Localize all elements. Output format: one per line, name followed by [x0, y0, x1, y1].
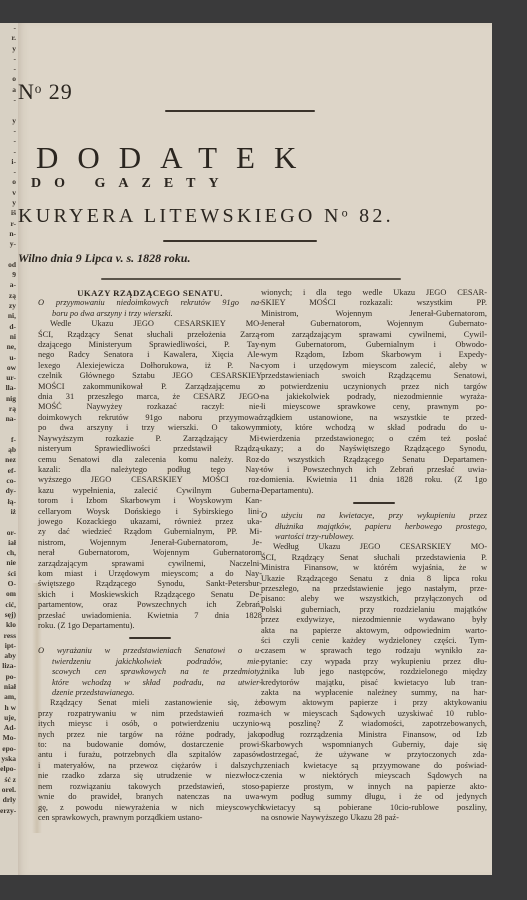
column-2: wionych; i dla tego wedle Ukazu JEGO CES… [261, 288, 487, 823]
text-line: wym podług summy długu, i że od jedynych [261, 792, 487, 802]
text-line: które wchodzą w skład podradu, na utwier… [38, 678, 262, 688]
text-line: ści czyli cenie każdey wydzieloney częśc… [261, 636, 487, 646]
text-line: przy rozpatrywaniu w nim przedstawień ro… [38, 709, 262, 719]
text-line: akta na papierze aktowym, odpowiednim wa… [261, 626, 487, 636]
text-line: czelnik Głównego Sztabu JEGO CESARSKIEY [38, 371, 262, 381]
text-line: O użyciu na kwietacye, przy wykupieniu p… [261, 511, 487, 521]
text-line: na osnowie Naywyższego Ukazu 28 paź- [261, 813, 487, 823]
text-line: cen sprawkowych, prawnym porządkiem usta… [38, 813, 262, 823]
text-line: wartości trzy-rublowey. [261, 532, 487, 542]
text-line: ich w mieyscach Sądowych uzyskiwać 10 ru… [261, 709, 487, 719]
text-line: wyższego JEGO CESARSKIEY MOŚCI roz- [38, 475, 262, 485]
text-line: doimkowych rekrutów 91go naboru przyymow… [38, 413, 262, 423]
text-line: Ministrom, Wojennym Jenerał-Gubernatorom… [261, 309, 487, 319]
text-line: nych przez nie targów na różne podrady, … [38, 730, 262, 740]
text-line: domienia. Kwietnia 11 dnia 1828 roku. (Z… [261, 475, 487, 485]
text-line: kwietacyy są pobierane 10cio-rublowe pos… [261, 803, 487, 813]
text-line: czenia w niektórych mieyscach Sądowych n… [261, 771, 487, 781]
text-line: SKIEY MOŚCI rozkazali: wszystkim PP. [261, 298, 487, 308]
text-line: nym Gubernatorom, Gubernialnym i Obwodo- [261, 340, 487, 350]
text-line: itych mieysc i osób, o potwierdzeniu ucz… [38, 719, 262, 729]
text-line: gę, z powodu niewyrażenia w nich mieysco… [38, 803, 262, 813]
text-line: Według Ukazu JEGO CESARSKIEY MO- [261, 542, 487, 552]
text-line: rządkiem ustanowione, na wszystkie te pr… [261, 413, 487, 423]
text-line: cemu Senatowi dla zalecenia komu należy.… [38, 455, 262, 465]
text-line: ŚCI, Rządzący Senat słuchali przełożenia… [38, 330, 262, 340]
text-line: jowego Kozackiego ukazami, również przez… [38, 517, 262, 527]
adjacent-page-edge: - r. y - - o a - y - - - i- - o v y iš r… [0, 23, 19, 875]
text-line: nie rzadko zdarza się utrudzenie w niezw… [38, 771, 262, 781]
text-line: Ministra Finansow, w którém wyjaśnia, że… [261, 563, 487, 573]
text-line: Skarbowych wspomnianych Guberniy, daje s… [261, 740, 487, 750]
text-line: ŚCI, Rządzący Senat słuchali przedstawie… [261, 553, 487, 563]
text-line: Departamentu). [261, 486, 487, 496]
text-line: to: na budowanie domów, dostarczenie pro… [38, 740, 262, 750]
article-1-body: Wedle Ukazu JEGO CESARSKIEY MO-ŚCI, Rząd… [38, 319, 262, 631]
article-2-title: O wyrażaniu w przedstawieniach Senatowi … [38, 646, 262, 698]
text-line: cyom i urzędowym mieyscom zalecić, aleby… [261, 361, 487, 371]
text-line: kredytorów majątku, pisać kwietacyo lub … [261, 678, 487, 688]
text-line: przeszłego, na przedstawienie jego nasta… [261, 584, 487, 594]
text-line: antu i furażu, potrzebnych dla szpitalów… [38, 750, 262, 760]
text-line: nem rozwiązaniu takowych przedstawień, s… [38, 782, 262, 792]
section-heading: UKAZY RZĄDZĄCEGO SENATU. [38, 288, 262, 298]
article-1-title: O przyymowaniu niedoimkowych rekrutów 91… [38, 298, 262, 319]
text-line: twierdzeniu jakichkolwiek podradów, mie- [38, 657, 262, 667]
text-line: pytanie: czy wypada przy wykupieniu prze… [261, 657, 487, 667]
text-line: przedstawieniach swoich Rządzącemu Senat… [261, 371, 487, 381]
text-line: partamentow, oraz Powszechnych ich Zebra… [38, 600, 262, 610]
columns-top-rule [101, 278, 401, 280]
issue-number: Nᵒ 29 [18, 79, 492, 105]
text-line: nerał Gubernatorom, Wojennym Gubernatoro… [38, 548, 262, 558]
text-line: Naywyższym rozkazie P. Zarządzający Mi- [38, 434, 262, 444]
text-line: dzającego Ministeryum Sprawiedliwości, P… [38, 340, 262, 350]
text-line: roku. (Z 1go Departamentu). [38, 621, 262, 631]
article-2-continuation: wionych; i dla tego wedle Ukazu JEGO CES… [261, 288, 487, 496]
text-line: li mieyscowe sprawkowe ceny, prawnym po- [261, 402, 487, 412]
article-separator [129, 637, 171, 639]
text-line: boru po dwa arszyny i trzy wierszki. [38, 309, 262, 319]
text-line: O wyrażaniu w przedstawieniach Senatowi … [38, 646, 262, 656]
text-line: cellaryom Woysk Dońskiego i Sybirskiego … [38, 507, 262, 517]
dateline: Wilno dnia 9 Lipca v. s. 1828 roku. [18, 251, 492, 266]
text-line: o potwierdzeniu uczynionych przez nich t… [261, 382, 487, 392]
text-line: wym Rządom, Izbom Skarbowym i Expedy- [261, 350, 487, 360]
text-line: Rządzący Senat mieli zastanowienie się, … [38, 698, 262, 708]
text-line: zarządzającym sprawami cywilnemi, Naczel… [38, 559, 262, 569]
text-line: rom zarządzającym sprawami cywilnemi, Cy… [261, 330, 487, 340]
text-line: zakta na wypłacenie należney summy, na h… [261, 688, 487, 698]
text-line: Ukazie Rządzącego Senatu z dnia 8 lipca … [261, 574, 487, 584]
text-line: tów i Powszechnych ich Zebrań przesłać u… [261, 465, 487, 475]
text-line: ukazy; a do Nayświętszego Rządzącego Syn… [261, 444, 487, 454]
text-line: czasem w sprawach tego rodzaju wynikło z… [261, 646, 487, 656]
text-line: scowych cen sprawkowych na te przedmioty… [38, 667, 262, 677]
text-line: pisano: aleby we wszystkich, przyłączony… [261, 594, 487, 604]
article-3-title: O użyciu na kwietacye, przy wykupieniu p… [261, 511, 487, 542]
text-line: kazali: dla należytego podług tego Nay- [38, 465, 262, 475]
text-line: wnie do prawideł, branych natenczas na u… [38, 792, 262, 802]
text-line: kazu wypełnienia, zalecić Cywilnym Guber… [38, 486, 262, 496]
masthead-title: DODATEK [18, 140, 492, 176]
text-line: kom miast i Urzędowym mieyscom; a do Nay… [38, 569, 262, 579]
text-line: podług rozrządzenia Ministra Finansow, o… [261, 730, 487, 740]
text-line: wą poszlinę? Z wiadomości, zapotrzebowan… [261, 719, 487, 729]
text-line: po dwa arszyny i trzy wierszki. O takowy… [38, 423, 262, 433]
text-line: wionych; i dla tego wedle Ukazu JEGO CES… [261, 288, 487, 298]
text-line: dostrzegać, że używane w przytoczonych z… [261, 750, 487, 760]
masthead-rule-bottom [163, 240, 317, 242]
text-line: mioty, które wchodzą w skład podradu do … [261, 423, 487, 433]
text-line: dnia 31 przeszłego marca, że CESARZ JEGO… [38, 392, 262, 402]
text-line: skich i Moskiewskich Rządzącego Senatu D… [38, 590, 262, 600]
text-line: MOŚCI zakommunikował P. Zarządzającemu z [38, 382, 262, 392]
adjacent-page-text-fragments: - r. y - - o a - y - - - i- - o v y iš r… [0, 23, 18, 816]
text-line: lexego Alexiejewicza Dołhorukowa, iż P. … [38, 361, 262, 371]
text-line: torom i Izbom Skarbowym i Woyskowym Kan- [38, 496, 262, 506]
text-line: MOŚĆ Naywyżey rozkazać raczył: nie- [38, 402, 262, 412]
text-line: Wedle Ukazu JEGO CESARSKIEY MO- [38, 319, 262, 329]
text-line: i materyałów, na przewoz ciężarów i dals… [38, 761, 262, 771]
article-3-body: Według Ukazu JEGO CESARSKIEY MO-ŚCI, Rzą… [261, 542, 487, 823]
text-line: przesłać uwiadomienia. Kwietnia 7 dnia 1… [38, 611, 262, 621]
masthead-subtitle: DO GAZETY [18, 176, 492, 192]
text-line: nisteryum Sprawiedliwości przedstawił Rz… [38, 444, 262, 454]
text-line: twierdzenia przedstawionego; o czém też … [261, 434, 487, 444]
text-line: na jakiekolwiek podrady, niezodmiennie w… [261, 392, 487, 402]
text-line: papierze prostym, w innych na papierze a… [261, 782, 487, 792]
newspaper-page: Nᵒ 29 DODATEK DO GAZETY KURYERA LITEWSKI… [18, 23, 492, 875]
text-line: przez exdywizye, niezodmiennie wydawano … [261, 615, 487, 625]
text-line: zy dać wiedzieć Rządom Gubernialnym, PP.… [38, 527, 262, 537]
text-line: Polski guberniach, przy rozdzielaniu maj… [261, 605, 487, 615]
text-line: nego Radcy Senatora i Kawalera, Xięcia A… [38, 350, 262, 360]
masthead-rule-top [165, 110, 315, 112]
text-line: Jenerał Gubernatorom, Wojennym Gubernato… [261, 319, 487, 329]
text-line: O przyymowaniu niedoimkowych rekrutów 91… [38, 298, 262, 308]
text-line: żnika lub jego następców, rozdzielonego … [261, 667, 487, 677]
text-line: świętszego Rządzącego Synodu, Sankt-Pete… [38, 579, 262, 589]
text-line: dzenie przedstawianego. [38, 688, 262, 698]
article-separator [353, 502, 395, 504]
text-line: do wszystkich Rządzącego Senatu Departam… [261, 455, 487, 465]
article-2-body: Rządzący Senat mieli zastanowienie się, … [38, 698, 262, 823]
text-line: dłużnika majątków, papieru herbowego pro… [261, 522, 487, 532]
column-1: UKAZY RZĄDZĄCEGO SENATU. O przyymowaniu … [38, 288, 262, 823]
text-line: rzeniach kwietacye są przyymowane do poś… [261, 761, 487, 771]
text-line: nistrom, Wojennym Jenerał-Gubernatorom, … [38, 538, 262, 548]
newspaper-name: KURYERA LITEWSKIEGO Nᵒ 82. [18, 205, 492, 228]
text-line: bowym aktowym papierze i przy aktykowani… [261, 698, 487, 708]
